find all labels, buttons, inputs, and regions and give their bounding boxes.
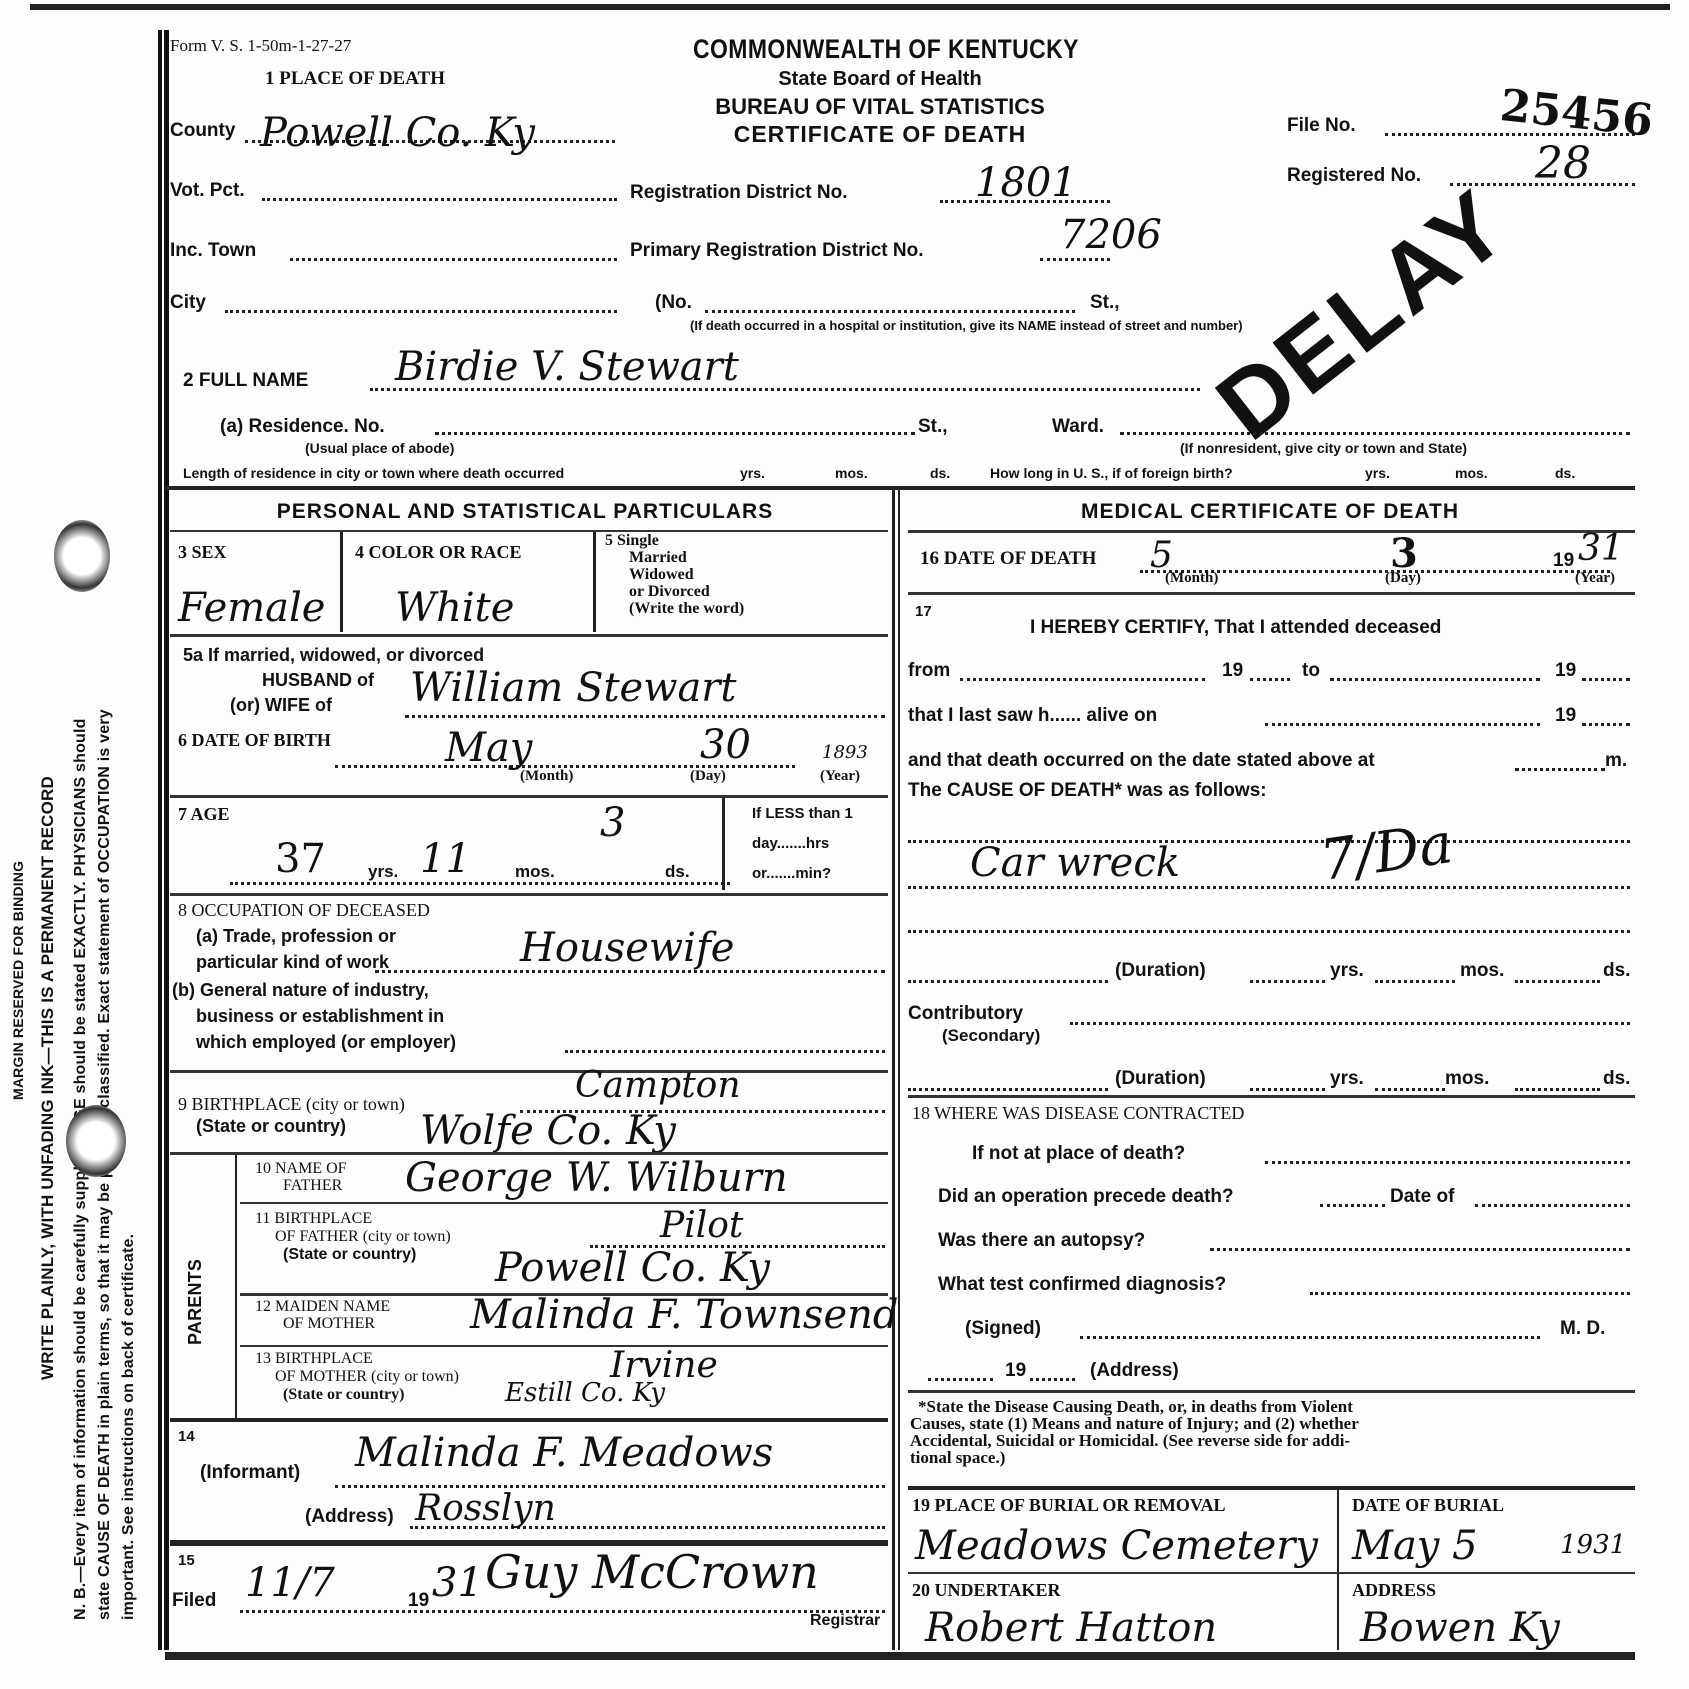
md-label: M. D. [1560, 1318, 1605, 1340]
cause-label: The CAUSE OF DEATH* was as follows: [908, 780, 1267, 802]
contributory-label: Contributory [908, 1003, 1023, 1025]
dob-day: 30 [700, 722, 751, 768]
bottom-border [165, 1652, 1635, 1660]
column-divider-2 [898, 490, 900, 1650]
informant-value: Malinda F. Meadows [355, 1430, 773, 1476]
no-line [705, 310, 1075, 313]
city-line [225, 310, 617, 313]
informant-label: (Informant) [200, 1462, 300, 1484]
marital-single: 5 Single [605, 532, 744, 549]
st-label: St., [1090, 292, 1120, 314]
industry-label-1: (b) General nature of industry, [172, 980, 429, 1001]
divider [170, 795, 888, 798]
duration-mos-1: mos. [1460, 960, 1504, 982]
footnote-3: Accidental, Suicidal or Homicidal. (See … [910, 1432, 1359, 1449]
inc-town-line [290, 258, 617, 261]
header-commonwealth: COMMONWEALTH OF KENTUCKY [693, 34, 1067, 65]
mother-label-1: 12 MAIDEN NAME [255, 1298, 390, 1315]
header-bureau: BUREAU OF VITAL STATISTICS [640, 94, 1120, 120]
dotted-line [1375, 1088, 1445, 1091]
sex-label: 3 SEX [178, 542, 227, 563]
main-divider [165, 486, 1635, 490]
dotted-line [1070, 1022, 1630, 1025]
dotted-line [1310, 1292, 1630, 1295]
dotted-line [1265, 1161, 1630, 1164]
father-bp-state: Powell Co. Ky [495, 1245, 770, 1291]
dotted-line [1515, 1088, 1600, 1091]
spouse-line [405, 715, 885, 718]
date-of-label: Date of [1390, 1186, 1454, 1208]
divider [722, 798, 725, 890]
registrar-signature: Guy McCrown [485, 1545, 819, 1599]
filed-date: 11/7 [245, 1560, 335, 1606]
dotted-line [1515, 980, 1600, 983]
filed-year-prefix: 19 [408, 1590, 429, 1612]
mother-bp-label-3: (State or country) [255, 1386, 459, 1404]
divider [1337, 1490, 1339, 1650]
father-value: George W. Wilburn [405, 1155, 788, 1201]
undertaker-value: Robert Hatton [925, 1605, 1217, 1651]
ward-label: Ward. [1052, 416, 1104, 438]
father-bp-city: Pilot [660, 1205, 743, 1246]
registered-no-label: Registered No. [1287, 165, 1421, 187]
filed-year: 31 [432, 1560, 483, 1606]
binding-margin: MARGIN RESERVED FOR BINDING WRITE PLAINL… [0, 0, 150, 1689]
father-bp-label-1: 11 BIRTHPLACE [255, 1210, 451, 1228]
dod-day-sub: (Day) [1385, 570, 1421, 587]
industry-label-2: business or establishment in [196, 1006, 444, 1027]
divider [240, 1345, 888, 1347]
duration-ds-1: ds. [1603, 960, 1630, 982]
certify-statement: I HEREBY CERTIFY, That I attended deceas… [1030, 617, 1441, 639]
mother-label-2: OF MOTHER [255, 1315, 390, 1332]
spouse-label-1: 5a If married, widowed, or divorced [183, 645, 484, 666]
punch-hole-bottom [66, 1105, 126, 1177]
dotted-line [1250, 980, 1325, 983]
informant-num: 14 [178, 1428, 195, 1445]
full-name-label: 2 FULL NAME [183, 370, 308, 392]
divider [170, 1418, 888, 1422]
dob-day-sub: (Day) [690, 768, 726, 785]
dotted-line [1375, 980, 1455, 983]
dod-year-sub: (Year) [1575, 570, 1615, 587]
footnote: *State the Disease Causing Death, or, in… [910, 1398, 1359, 1466]
dotted-line [1080, 1336, 1540, 1339]
dotted-line [908, 930, 1630, 933]
divider [593, 532, 596, 632]
race-label: 4 COLOR OR RACE [355, 542, 522, 563]
hospital-note: (If death occurred in a hospital or inst… [690, 318, 1243, 333]
cause-value: Car wreck [970, 840, 1180, 886]
county-value: Powell Co. Ky [260, 110, 535, 156]
instructions-line-3: important. See instructions on back of c… [120, 1234, 138, 1620]
dod-month-sub: (Month) [1165, 570, 1218, 587]
trade-label-2: particular kind of work [196, 952, 389, 973]
day-hrs: day.......hrs [752, 835, 829, 852]
divider [908, 1572, 1635, 1574]
dob-month: May [445, 725, 532, 771]
file-no-value: 25456 [1498, 80, 1656, 147]
dotted-line [1582, 723, 1630, 726]
personal-section-title: PERSONAL AND STATISTICAL PARTICULARS [170, 500, 880, 524]
age-days: 3 [600, 800, 625, 846]
age-months: 11 [420, 836, 471, 882]
divider [170, 893, 888, 896]
duration-yrs-1: yrs. [1330, 960, 1364, 982]
age-label: 7 AGE [178, 804, 230, 825]
certify-19a: 19 [1222, 660, 1243, 682]
dotted-line [908, 1088, 1108, 1091]
inc-town-label: Inc. Town [170, 240, 256, 262]
filed-line [240, 1610, 885, 1613]
operation-question: Did an operation precede death? [938, 1186, 1234, 1208]
primary-reg-line [1040, 258, 1110, 261]
duration-label-2: (Duration) [1115, 1068, 1206, 1090]
mother-bp-labels: 13 BIRTHPLACE OF MOTHER (city or town) (… [255, 1350, 459, 1404]
divider [240, 1202, 888, 1204]
date-19: 19 [1005, 1360, 1026, 1382]
footnote-1: *State the Disease Causing Death, or, in… [910, 1398, 1359, 1415]
county-label: County [170, 120, 235, 142]
trade-label-1: (a) Trade, profession or [196, 926, 396, 947]
vot-pct-label: Vot. Pct. [170, 180, 245, 202]
age-mos-label: mos. [515, 862, 555, 882]
divider [340, 532, 343, 632]
sex-value: Female [178, 585, 325, 631]
mother-bp-state: Estill Co. Ky [505, 1378, 665, 1408]
father-bp-label-3: (State or country) [255, 1246, 451, 1264]
divider [908, 530, 1635, 533]
dotted-line [960, 678, 1205, 681]
ward-line [1120, 432, 1630, 435]
divider [908, 592, 1635, 595]
dotted-line [1030, 1378, 1075, 1381]
marital-married: Married [605, 549, 744, 566]
divider [235, 1155, 237, 1420]
secondary-label: (Secondary) [942, 1026, 1040, 1046]
birthplace-city: Campton [575, 1065, 741, 1106]
father-bp-label-2: OF FATHER (city or town) [255, 1228, 451, 1246]
last-saw: that I last saw h...... alive on [908, 705, 1157, 727]
undertaker-address-label: ADDRESS [1352, 1580, 1436, 1601]
divider [170, 634, 888, 637]
full-name-value: Birdie V. Stewart [395, 344, 739, 390]
m-suffix: m. [1605, 750, 1627, 772]
parents-label: PARENTS [185, 1259, 206, 1345]
divider [170, 530, 888, 532]
spouse-label-3: (or) WIFE of [230, 695, 332, 716]
place-of-death-label: 1 PLACE OF DEATH [265, 68, 445, 90]
us-ds: ds. [1555, 465, 1575, 481]
dotted-line [1582, 678, 1630, 681]
burial-place-value: Meadows Cemetery [915, 1523, 1318, 1569]
duration-ds-2: ds. [1603, 1068, 1630, 1090]
father-label-2: FATHER [255, 1177, 347, 1194]
no-label: (No. [655, 292, 692, 314]
father-label-1: 10 NAME OF [255, 1160, 347, 1177]
signed-label: (Signed) [965, 1318, 1041, 1340]
divider [908, 1095, 1635, 1098]
how-long-us-label: How long in U. S., if of foreign birth? [990, 465, 1233, 481]
filed-label: Filed [172, 1590, 216, 1612]
filed-num: 15 [178, 1552, 195, 1569]
length-yrs: yrs. [740, 465, 765, 481]
duration-mos-2: mos. [1445, 1068, 1489, 1090]
marital-labels: 5 Single Married Widowed or Divorced (Wr… [605, 532, 744, 617]
industry-line [565, 1050, 885, 1053]
margin-reserved-text: MARGIN RESERVED FOR BINDING [10, 861, 26, 1100]
informant-address-label: (Address) [305, 1506, 394, 1528]
dod-year: 31 [1578, 528, 1624, 569]
dotted-line [1250, 678, 1290, 681]
marital-write-word: (Write the word) [605, 600, 744, 617]
age-yrs-label: yrs. [368, 862, 398, 882]
residence-st-label: St., [918, 416, 948, 438]
punch-hole-top [54, 520, 110, 592]
divider [908, 1390, 1635, 1393]
mother-bp-label-2: OF MOTHER (city or town) [255, 1368, 459, 1386]
duration-yrs-2: yrs. [1330, 1068, 1364, 1090]
marital-widowed: Widowed [605, 566, 744, 583]
delay-stamp: DELAY [1197, 168, 1530, 462]
occupation-label: 8 OCCUPATION OF DECEASED [178, 900, 430, 921]
industry-label-3: which employed (or employer) [196, 1032, 456, 1053]
cause-annotation: 7/Da [1316, 811, 1457, 894]
mother-labels: 12 MAIDEN NAME OF MOTHER [255, 1298, 390, 1332]
death-occurred: and that death occurred on the date stat… [908, 750, 1375, 772]
father-labels: 10 NAME OF FATHER [255, 1160, 347, 1194]
length-ds: ds. [930, 465, 950, 481]
less-than-1: If LESS than 1 [752, 805, 853, 822]
dotted-line [1210, 1248, 1630, 1251]
dotted-line [1475, 1204, 1630, 1207]
residence-line [435, 432, 915, 435]
marital-divorced: or Divorced [605, 583, 744, 600]
last-saw-19: 19 [1555, 705, 1576, 727]
dob-year: 1893 [822, 742, 868, 763]
birthplace-label-2: (State or country) [196, 1116, 346, 1137]
primary-reg-value: 7206 [1060, 212, 1162, 258]
dotted-line [908, 980, 1108, 983]
header-certificate: CERTIFICATE OF DEATH [660, 121, 1100, 148]
dotted-line [1515, 768, 1605, 771]
certify-19b: 19 [1555, 660, 1576, 682]
registered-no-value: 28 [1535, 138, 1591, 189]
race-value: White [395, 585, 514, 631]
death-certificate: MARGIN RESERVED FOR BINDING WRITE PLAINL… [0, 0, 1689, 1689]
dob-month-sub: (Month) [520, 768, 573, 785]
medical-section-title: MEDICAL CERTIFICATE OF DEATH [905, 500, 1635, 524]
dotted-line [1320, 1204, 1385, 1207]
residence-sub: (Usual place of abode) [305, 440, 454, 456]
burial-year: 1931 [1560, 1530, 1626, 1560]
dod-label: 16 DATE OF DEATH [920, 548, 1096, 570]
column-divider [892, 490, 895, 1650]
age-line [230, 882, 730, 885]
primary-reg-label: Primary Registration District No. [630, 240, 924, 262]
vot-pct-line [262, 198, 617, 201]
length-residence-label: Length of residence in city or town wher… [183, 465, 564, 481]
write-plainly-text: WRITE PLAINLY, WITH UNFADING INK—THIS IS… [38, 776, 58, 1380]
undertaker-label: 20 UNDERTAKER [912, 1580, 1061, 1601]
length-mos: mos. [835, 465, 868, 481]
father-bp-labels: 11 BIRTHPLACE OF FATHER (city or town) (… [255, 1210, 451, 1264]
spouse-value: William Stewart [410, 665, 737, 711]
registrar-label: Registrar [810, 1612, 880, 1630]
spouse-label-2: HUSBAND of [262, 670, 374, 691]
certify-to: to [1302, 660, 1320, 682]
where-contracted: 18 WHERE WAS DISEASE CONTRACTED [912, 1103, 1244, 1124]
header-board: State Board of Health [660, 68, 1100, 91]
birthplace-label-1: 9 BIRTHPLACE (city or town) [178, 1094, 405, 1115]
dotted-line [908, 886, 1630, 889]
footnote-4: tional space.) [910, 1449, 1359, 1466]
dotted-line [928, 1378, 993, 1381]
dotted-line [1265, 723, 1540, 726]
mother-value: Malinda F. Townsend [470, 1292, 899, 1338]
age-years: 37 [275, 836, 326, 882]
mother-bp-label-1: 13 BIRTHPLACE [255, 1350, 459, 1368]
form-left-rule [158, 30, 164, 1650]
divider [908, 1486, 1635, 1490]
not-at-place: If not at place of death? [972, 1143, 1185, 1165]
age-ds-label: ds. [665, 862, 690, 882]
file-no-label: File No. [1287, 115, 1356, 137]
us-yrs: yrs. [1365, 465, 1390, 481]
nonresident-note: (If nonresident, give city or town and S… [1180, 440, 1467, 456]
reg-district-value: 1801 [975, 160, 1077, 206]
dotted-line [1250, 1088, 1325, 1091]
informant-address-value: Rosslyn [415, 1488, 556, 1529]
item-17: 17 [915, 603, 932, 620]
certify-from: from [908, 660, 950, 682]
autopsy-question: Was there an autopsy? [938, 1230, 1145, 1252]
burial-place-label: 19 PLACE OF BURIAL OR REMOVAL [912, 1495, 1226, 1516]
burial-date-label: DATE OF BURIAL [1352, 1495, 1504, 1516]
duration-label-1: (Duration) [1115, 960, 1206, 982]
divider [170, 1070, 888, 1073]
undertaker-address-value: Bowen Ky [1360, 1605, 1560, 1651]
top-border [30, 4, 1670, 10]
birthplace-state: Wolfe Co. Ky [420, 1108, 676, 1154]
or-min: or.......min? [752, 865, 831, 882]
form-id: Form V. S. 1-50m-1-27-27 [170, 36, 351, 56]
address-label: (Address) [1090, 1360, 1179, 1382]
dob-label: 6 DATE OF BIRTH [178, 730, 331, 751]
city-label: City [170, 292, 206, 314]
burial-date-value: May 5 [1352, 1523, 1478, 1569]
dotted-line [1330, 678, 1540, 681]
trade-value: Housewife [520, 925, 734, 971]
footnote-2: Causes, state (1) Means and nature of In… [910, 1415, 1359, 1432]
us-mos: mos. [1455, 465, 1488, 481]
dob-year-sub: (Year) [820, 768, 860, 785]
reg-district-label: Registration District No. [630, 182, 847, 204]
dod-year-prefix: 19 [1553, 550, 1574, 572]
residence-label: (a) Residence. No. [220, 416, 385, 438]
test-question: What test confirmed diagnosis? [938, 1274, 1226, 1296]
